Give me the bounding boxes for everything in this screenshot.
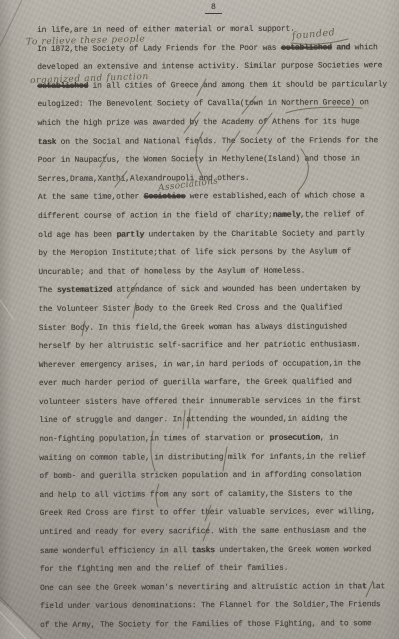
typed-line: non-fighting population,in times of star… [39, 429, 399, 449]
typed-text: undertaken,the Greek women worked [215, 545, 371, 555]
typed-line: volunteer sisters have offered their inn… [39, 392, 399, 412]
typed-text-block: in life,are in need of either material o… [37, 20, 399, 635]
typed-text: waiting on common table, in distributing… [39, 452, 366, 463]
typed-text: line of struggle and danger. In attendin… [39, 415, 347, 426]
typed-line: eulogized: The Benevolent Society of Cav… [37, 94, 399, 114]
overtyped-word: and [336, 43, 350, 52]
typed-line: herself by her altruistic self-sacrifice… [39, 336, 399, 356]
typed-line: Greek Red Cross are first to offer their… [40, 504, 399, 524]
typed-text: and help to all victims from any sort of… [39, 489, 352, 500]
overtyped-word: task [38, 137, 56, 146]
typed-text: eulogized: The Benevolent Society of Cav… [37, 99, 368, 110]
typed-text: attendance of sick and wounded has been … [112, 285, 360, 295]
typed-line: ever much harder period of guerilla warf… [39, 373, 399, 393]
typed-line: same wonderful efficiency in all tasks u… [40, 541, 399, 561]
typed-line: different course of action in the field … [38, 206, 399, 226]
typed-text: in life,are in need of either material o… [37, 25, 295, 35]
typed-text: by the Meropion Institute;that of life s… [38, 247, 351, 258]
typed-line: of the Army, The Society for the Familie… [40, 615, 399, 635]
typed-text: on the Social and National fields. The S… [56, 136, 378, 147]
paper-crease-top-left [0, 0, 22, 46]
typed-text: Sister Body. In this field,the Greek wom… [39, 322, 347, 333]
typed-text: At the same time,other [38, 193, 144, 203]
overtyped-word: namely [273, 211, 301, 220]
typed-text: different course of action in the field … [38, 211, 273, 221]
typed-text: One can see the Greek woman's nevertirin… [40, 582, 362, 593]
typed-text: undertaken by the Charitable Society and… [144, 229, 365, 239]
scanned-document-page: 8 in life,are in need of either material… [0, 0, 399, 639]
typed-line: by the Meropion Institute;that of life s… [38, 243, 399, 263]
typed-text: were established,each of which chose a [185, 192, 364, 202]
typed-line: Poor in Naupactus, the Women Society in … [38, 150, 399, 170]
struck-word: established [281, 43, 332, 52]
typed-text: non-fighting population,in times of star… [39, 434, 269, 444]
typed-line: which the high prize was awarded by the … [37, 113, 399, 133]
typed-line: old age has been partly undertaken by th… [38, 225, 399, 245]
typed-text: untired and ready for every sacrifice. W… [40, 526, 367, 537]
typed-text: herself by her altruistic self-sacrifice… [39, 340, 361, 351]
typed-text: which the high prize was awarded by the … [38, 117, 360, 128]
typed-text: the Volunteer Sister Body to the Greek R… [38, 303, 342, 314]
typed-text: for the fighting men and the relief of t… [40, 564, 288, 574]
typed-line: untired and ready for every sacrifice. W… [40, 522, 399, 542]
typed-line: One can see the Greek woman's nevertirin… [40, 578, 399, 598]
typed-line: line of struggle and danger. In attendin… [39, 411, 399, 431]
typed-text: which [350, 43, 378, 52]
typed-line: the Volunteer Sister Body to the Greek R… [38, 299, 399, 319]
typed-text: old age has been [38, 230, 116, 239]
typed-line: The systematized attendance of sick and … [38, 280, 399, 300]
overtyped-word: prosecution [269, 434, 320, 443]
typed-text: ever much harder period of guerilla warf… [39, 378, 352, 389]
overtyped-word: systematized [57, 286, 112, 295]
typed-line: At the same time,other Societies were es… [38, 187, 399, 207]
typed-line: waiting on common table, in distributing… [39, 448, 399, 468]
typed-text: The [38, 286, 56, 295]
page-number: 8 [205, 3, 222, 14]
paper-crease-mid-left [0, 300, 14, 320]
typed-line: for the fighting men and the relief of t… [40, 559, 399, 579]
paper-crease-bottom-left-1 [0, 597, 42, 639]
typed-text: , in [320, 433, 338, 442]
typed-text: Poor in Naupactus, the Women Society in … [38, 154, 360, 165]
typed-text: Wherever emergency arises, in war,in har… [39, 359, 361, 370]
typed-line: Sister Body. In this field,the Greek wom… [39, 318, 399, 338]
typed-text: field under various denominations: The F… [40, 601, 381, 612]
typed-line: and help to all victims from any sort of… [39, 485, 399, 505]
typed-line: Wherever emergency arises, in war,in har… [39, 355, 399, 375]
typed-text: same wonderful efficiency in all [40, 546, 192, 556]
paper-fold-highlight [0, 601, 40, 639]
typed-text: Greek Red Cross are first to offer their… [40, 508, 376, 519]
struck-word: Societies [144, 193, 185, 202]
typed-text: Uncurable; and that of homeless by the A… [38, 266, 305, 276]
typed-line: task on the Social and National fields. … [38, 132, 399, 152]
paper-crease-bottom-left-2 [0, 612, 26, 639]
typed-text: volunteer sisters have offered their inn… [39, 396, 361, 407]
typed-text: lat [367, 582, 385, 591]
typed-text: of bomb- and guerilla stricken populatio… [39, 471, 361, 482]
typed-text: ,the relief of [300, 210, 364, 219]
typed-text: developed an extensive and intense activ… [37, 61, 382, 72]
overtyped-word: partly [116, 230, 144, 239]
overtyped-word: tasks [192, 546, 215, 555]
typed-text: of the Army, The Society for the Familie… [40, 619, 371, 630]
typed-line: of bomb- and guerilla stricken populatio… [39, 466, 399, 486]
typed-line: Uncurable; and that of homeless by the A… [38, 262, 399, 282]
typed-line: field under various denominations: The F… [40, 597, 399, 617]
